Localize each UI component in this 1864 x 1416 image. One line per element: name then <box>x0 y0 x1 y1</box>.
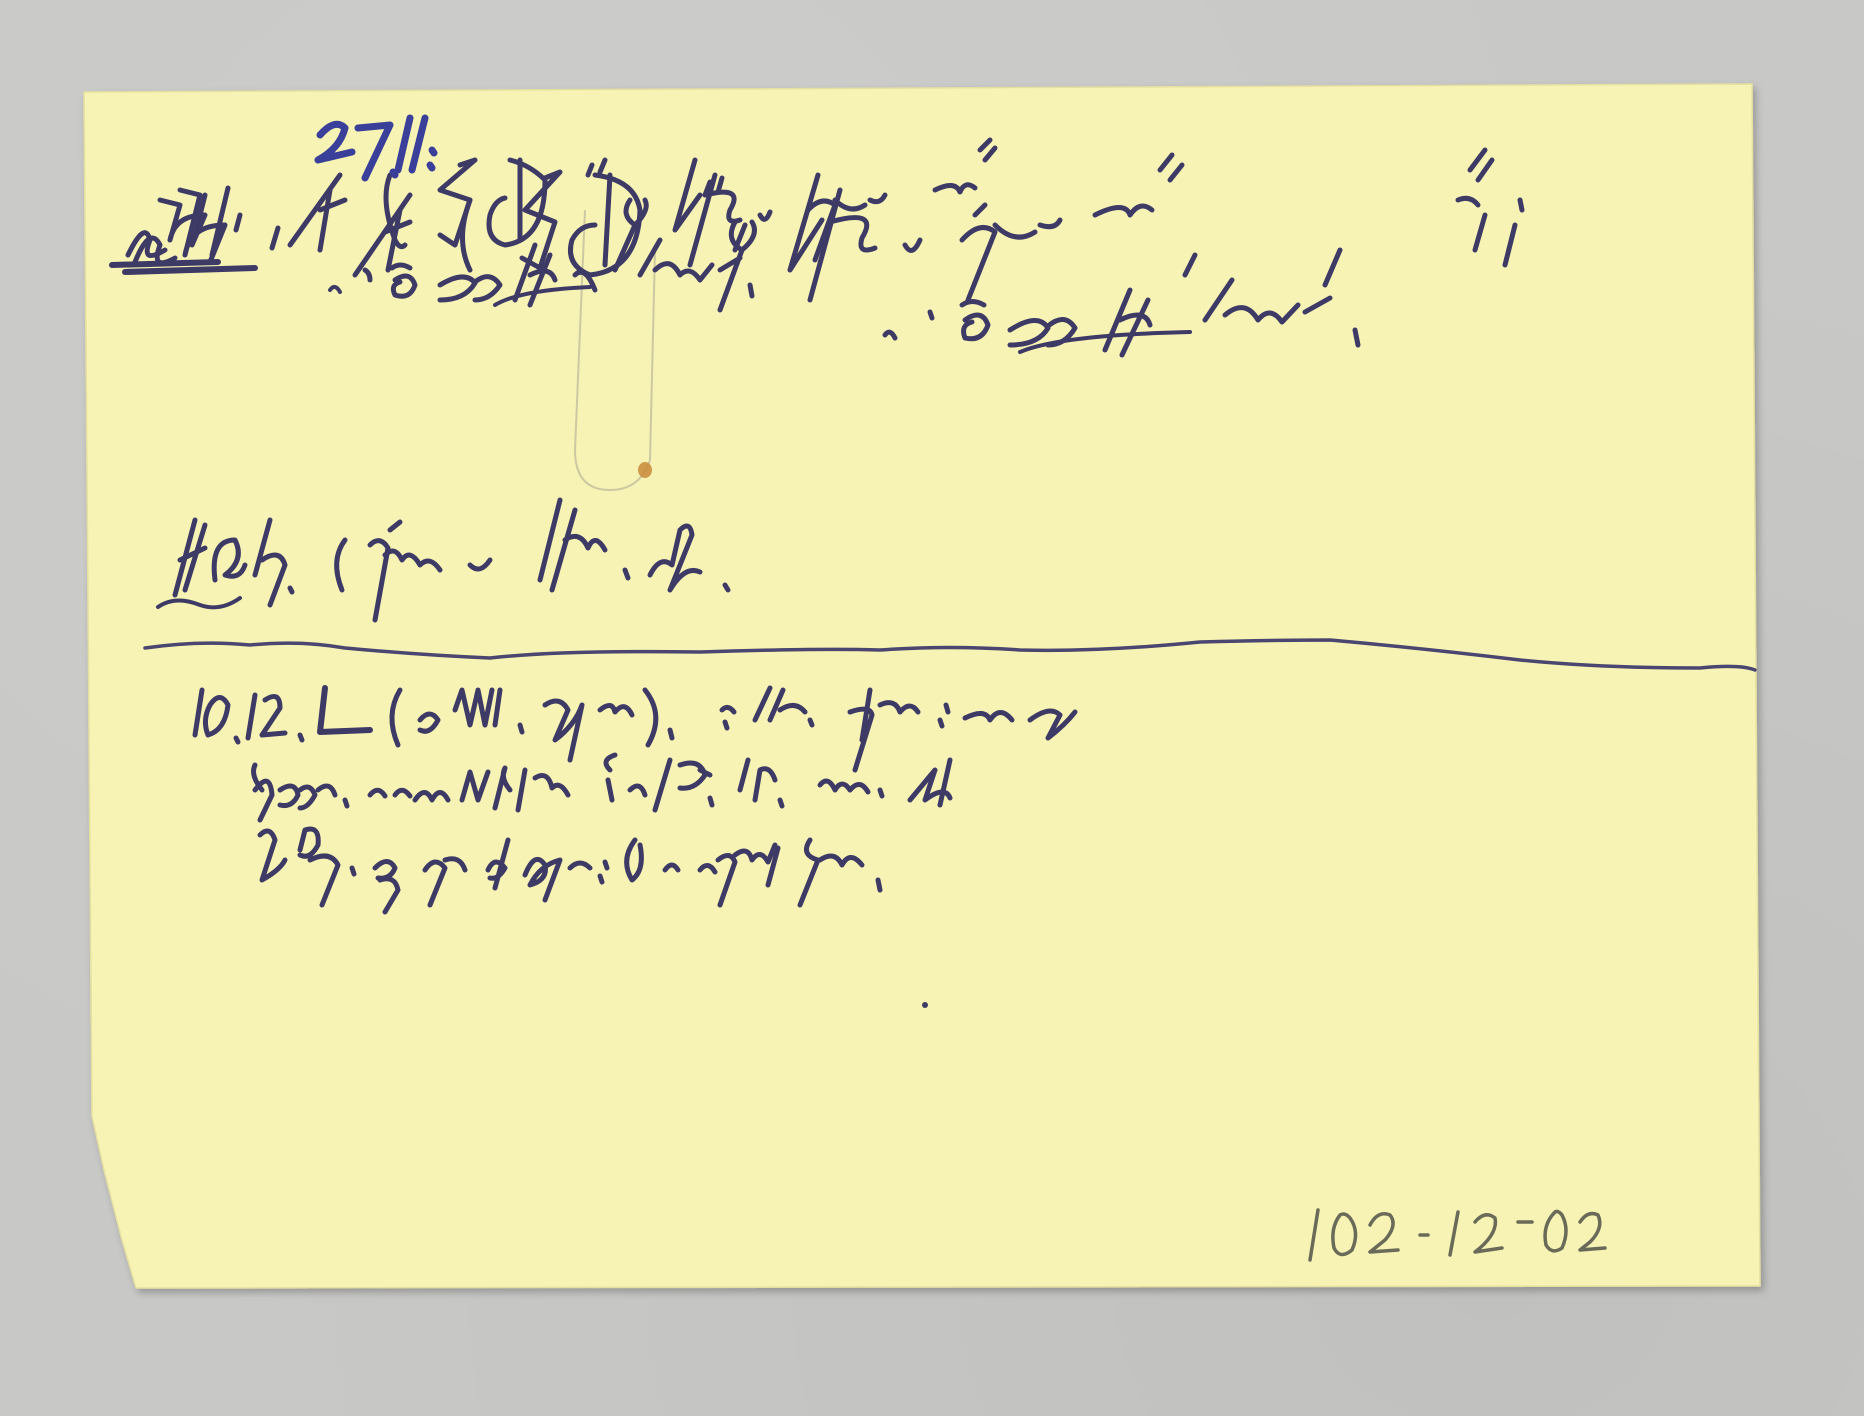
ink-speck <box>922 1002 928 1008</box>
rust-spot <box>638 462 652 478</box>
paper-sheet <box>84 84 1760 1288</box>
note-card: 27.11. H, 10.12. 102-12-02 <box>0 0 1864 1416</box>
note-paper-and-ink <box>0 0 1864 1416</box>
